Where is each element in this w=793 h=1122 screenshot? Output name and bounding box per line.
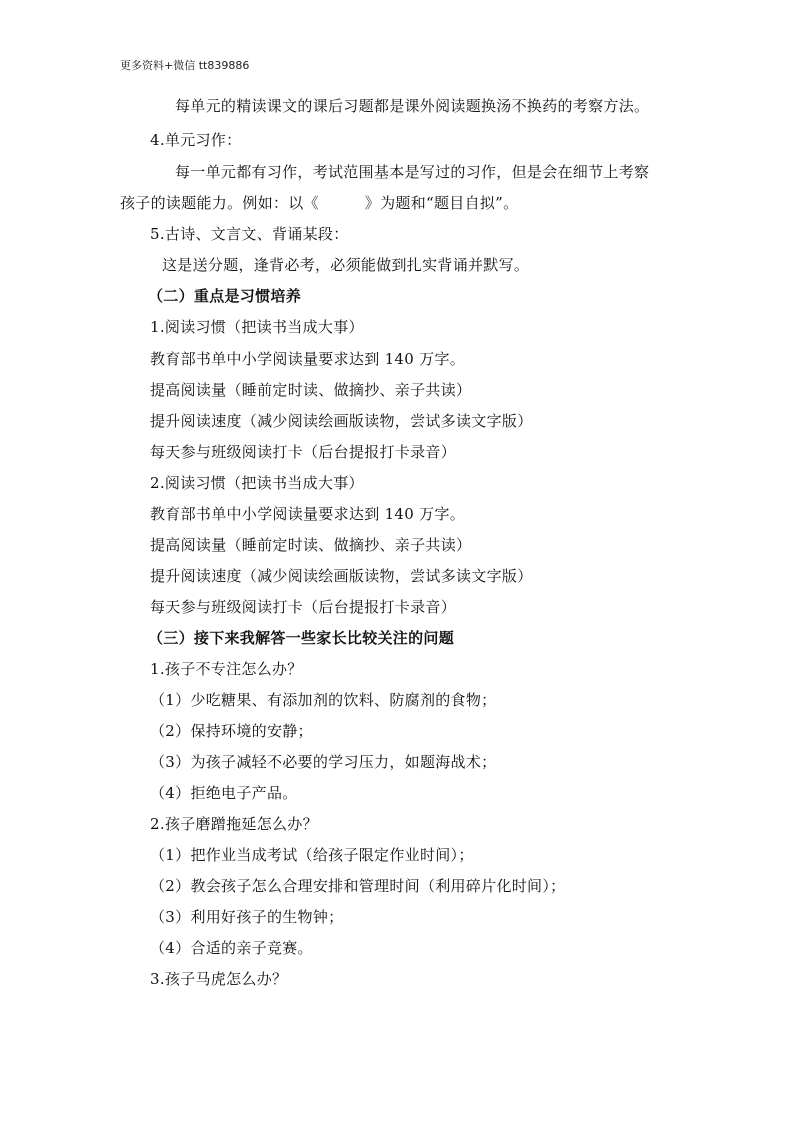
paragraph-line: 4.单元习作： [150, 130, 241, 150]
paragraph-line: 每天参与班级阅读打卡（后台提报打卡录音） [150, 442, 456, 462]
section-heading: （三）接下来我解答一些家长比较关注的问题 [148, 628, 454, 648]
paragraph-line: 2.孩子磨蹭拖延怎么办？ [150, 814, 318, 834]
paragraph-line: 孩子的读题能力。例如：以《 》为题和“题目自拟”。 [120, 193, 518, 213]
paragraph-line: 2.阅读习惯（把读书当成大事） [150, 473, 364, 493]
paragraph-line: 教育部书单中小学阅读量要求达到 140 万字。 [150, 349, 465, 369]
paragraph-line: 提高阅读量（睡前定时读、做摘抄、亲子共读） [150, 535, 471, 555]
paragraph-line: （1）少吃糖果、有添加剂的饮料、防腐剂的食物； [150, 690, 496, 710]
paragraph-line: （4）合适的亲子竞赛。 [150, 938, 313, 958]
paragraph-line: （3）为孩子减轻不必要的学习压力，如题海战术； [150, 752, 496, 772]
paragraph-line: （4）拒绝电子产品。 [150, 783, 298, 803]
section-heading: （二）重点是习惯培养 [148, 286, 301, 306]
paragraph-line: （2）教会孩子怎么合理安排和管理时间（利用碎片化时间）； [150, 876, 565, 896]
paragraph-line: 每单元的精读课文的课后习题都是课外阅读题换汤不换药的考察方法。 [175, 96, 649, 116]
paragraph-line: 每一单元都有习作，考试范围基本是写过的习作，但是会在细节上考察 [175, 162, 649, 182]
page-header-watermark: 更多资料+微信 tt839886 [120, 57, 249, 73]
paragraph-line: 每天参与班级阅读打卡（后台提报打卡录音） [150, 597, 456, 617]
paragraph-line: 1.阅读习惯（把读书当成大事） [150, 317, 364, 337]
paragraph-line: 1.孩子不专注怎么办？ [150, 659, 303, 679]
paragraph-line: （1）把作业当成考试（给孩子限定作业时间）； [150, 845, 474, 865]
paragraph-line: 5.古诗、文言文、背诵某段： [150, 224, 349, 244]
paragraph-line: 3.孩子马虎怎么办？ [150, 969, 287, 989]
paragraph-line: 教育部书单中小学阅读量要求达到 140 万字。 [150, 504, 465, 524]
paragraph-line: 这是送分题，逢背必考，必须能做到扎实背诵并默写。 [162, 255, 529, 275]
paragraph-line: （3）利用好孩子的生物钟； [150, 907, 343, 927]
paragraph-line: 提高阅读量（睡前定时读、做摘抄、亲子共读） [150, 380, 471, 400]
paragraph-line: （2）保持环境的安静； [150, 721, 313, 741]
paragraph-line: 提升阅读速度（减少阅读绘画版读物，尝试多读文字版） [150, 411, 533, 431]
paragraph-line: 提升阅读速度（减少阅读绘画版读物，尝试多读文字版） [150, 566, 533, 586]
